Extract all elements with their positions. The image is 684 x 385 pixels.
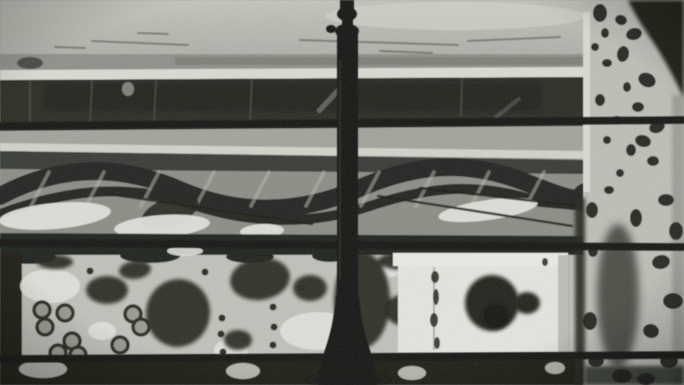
archival-photo-frame (0, 0, 684, 385)
vignette-overlay (0, 0, 684, 385)
photo-canvas (0, 0, 684, 385)
